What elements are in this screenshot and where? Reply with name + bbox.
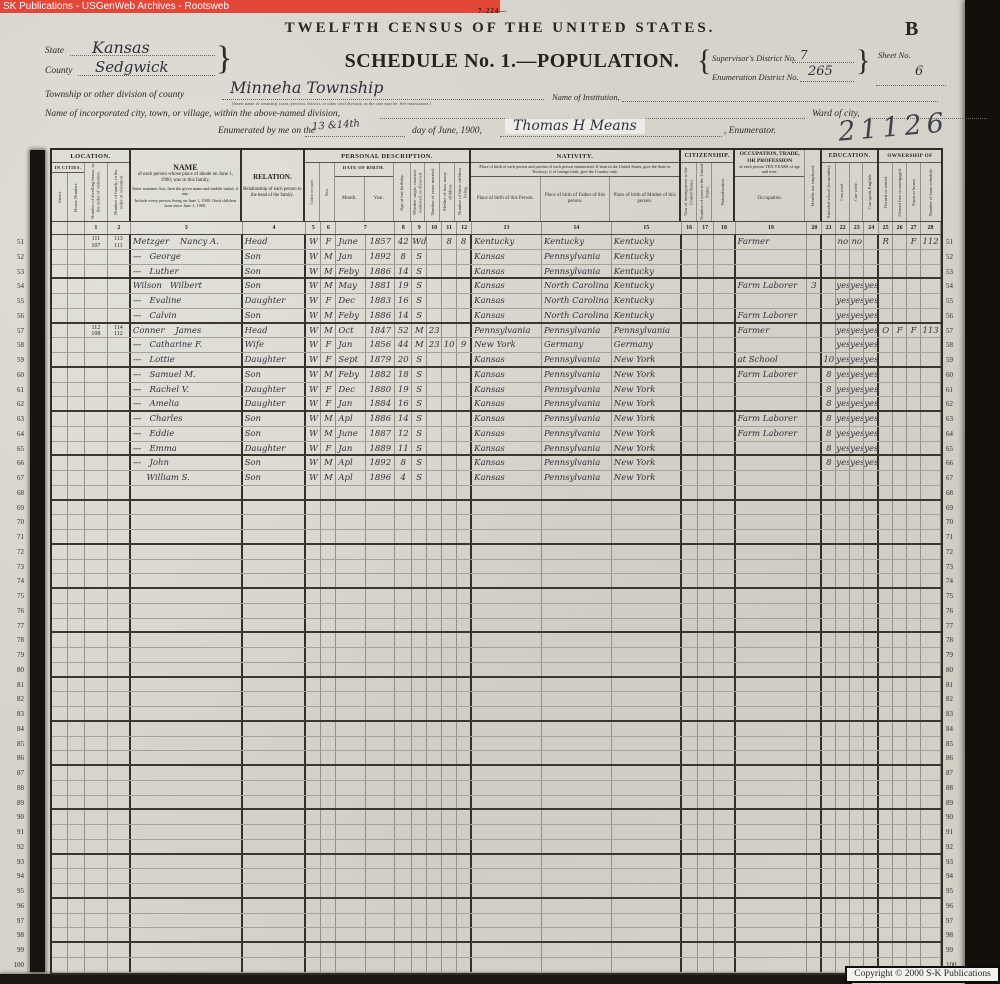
city-label: Name of incorporated city, town, or vill… <box>45 109 340 119</box>
children-living-col-label: Number of these children living. <box>457 164 468 220</box>
cell-yr <box>366 958 395 972</box>
cell-mar <box>412 501 427 515</box>
cell-yr <box>366 869 395 883</box>
cell-lv <box>457 353 472 366</box>
cell-pm <box>612 692 682 706</box>
state-county-brace: } <box>216 40 232 78</box>
cell-nat <box>714 279 736 293</box>
cell-fs <box>921 574 941 587</box>
cell-lv <box>457 899 472 913</box>
cell-yr <box>366 678 395 692</box>
cell-wr <box>850 722 864 736</box>
cell-ym <box>427 692 442 706</box>
row-number-81: 81 <box>4 678 24 693</box>
cell-occ <box>736 855 808 869</box>
cell-fs <box>921 707 941 720</box>
cell-rel <box>243 869 307 883</box>
cell-pf <box>542 604 612 618</box>
cell-wr <box>850 737 864 751</box>
cell-yr: 1879 <box>366 353 395 366</box>
cell-sex: M <box>321 471 336 485</box>
cell-pb <box>472 884 542 897</box>
cell-house <box>68 515 85 529</box>
cell-street <box>52 353 68 366</box>
census-row-100 <box>52 958 941 973</box>
cell-fh <box>907 486 921 499</box>
cell-name <box>131 810 243 824</box>
cell-nat <box>714 383 736 397</box>
cell-nat <box>714 678 736 692</box>
cell-house <box>68 545 85 559</box>
cell-fs <box>921 545 941 559</box>
cell-dw <box>85 560 108 574</box>
cell-age: 11 <box>395 442 412 455</box>
census-row-79 <box>52 648 941 663</box>
cell-ym <box>427 471 442 485</box>
cell-pm <box>612 619 682 632</box>
cell-en <box>864 471 879 485</box>
cell-mar: S <box>412 294 427 308</box>
cell-fh <box>907 855 921 869</box>
cell-fm <box>893 309 907 322</box>
cell-rd <box>836 781 850 795</box>
cell-ym <box>427 678 442 692</box>
cell-dw <box>85 353 108 366</box>
cell-sch: 8 <box>822 442 836 455</box>
cell-mb <box>442 678 457 692</box>
family-col-label: Number of family, in the order of visita… <box>113 164 124 220</box>
cell-yus <box>698 855 714 869</box>
cell-rd <box>836 899 850 913</box>
row-number-73: 73 <box>4 560 24 575</box>
cell-yus <box>698 737 714 751</box>
occupation-col-label: Occupation. <box>757 195 783 203</box>
cell-lv <box>457 412 472 426</box>
cell-sch <box>822 515 836 529</box>
cell-en: yes <box>864 353 879 366</box>
cell-pm: New York <box>612 412 682 426</box>
cell-wr <box>850 515 864 529</box>
cell-yus <box>698 914 714 928</box>
cell-street <box>52 604 68 618</box>
cell-street <box>52 751 68 764</box>
cell-fam <box>108 338 131 352</box>
cell-une <box>807 825 822 839</box>
cell-race: W <box>306 250 321 264</box>
cell-rd <box>836 604 850 618</box>
cell-race <box>306 869 321 883</box>
cell-age: 8 <box>395 456 412 470</box>
cell-imm <box>682 442 698 455</box>
month-col-label: Month. <box>341 195 358 203</box>
cell-own <box>879 250 893 264</box>
cell-dw <box>85 456 108 470</box>
cell-fh <box>907 589 921 603</box>
cell-fs <box>921 825 941 839</box>
cell-fs <box>921 796 941 809</box>
cell-ym <box>427 574 442 587</box>
cell-lv <box>457 250 472 264</box>
cell-lv <box>457 707 472 720</box>
cell-occ <box>736 840 808 853</box>
cell-mon <box>336 958 366 972</box>
occupation-sub: of each person TEN YEARS of age and over… <box>736 164 803 174</box>
cell-age <box>395 574 412 587</box>
state-line <box>70 46 215 56</box>
cell-une <box>807 235 822 249</box>
cell-yus <box>698 840 714 853</box>
cell-rd <box>836 737 850 751</box>
cell-own <box>879 855 893 869</box>
township-note: [Insert name of township, town, precinct… <box>232 101 542 106</box>
cell-street <box>52 692 68 706</box>
cell-sch <box>822 766 836 780</box>
cell-house <box>68 825 85 839</box>
state-label: State <box>45 46 64 56</box>
color-col-label: Color or race. <box>309 179 314 204</box>
cell-age <box>395 766 412 780</box>
cell-fh <box>907 781 921 795</box>
cell-sex <box>321 914 336 928</box>
cell-own <box>879 840 893 853</box>
cell-pb <box>472 943 542 957</box>
cell-mb <box>442 279 457 293</box>
cell-age: 19 <box>395 383 412 397</box>
cell-occ <box>736 663 808 676</box>
cell-own <box>879 737 893 751</box>
cell-dw <box>85 589 108 603</box>
column-number-25: 25 <box>879 222 893 234</box>
mother-of-col-label: Mother of how many children. <box>442 164 453 220</box>
cell-age <box>395 663 412 676</box>
cell-pb <box>472 737 542 751</box>
row-number-98: 98 <box>4 928 24 943</box>
cell-une <box>807 781 822 795</box>
cell-mar: Wd <box>412 235 427 249</box>
cell-rd <box>836 471 850 485</box>
cell-une <box>807 722 822 736</box>
cell-age: 12 <box>395 427 412 441</box>
cell-street <box>52 825 68 839</box>
cell-street <box>52 648 68 662</box>
cell-nat <box>714 574 736 587</box>
cell-wr <box>850 574 864 587</box>
cell-pb <box>472 663 542 676</box>
cell-sex <box>321 589 336 603</box>
cell-fm <box>893 840 907 853</box>
cell-own <box>879 412 893 426</box>
cell-own <box>879 560 893 574</box>
cell-rd <box>836 545 850 559</box>
cell-race <box>306 899 321 913</box>
cell-fh <box>907 338 921 352</box>
cell-en <box>864 619 879 632</box>
cell-pf <box>542 958 612 972</box>
cell-yr: 1886 <box>366 412 395 426</box>
cell-imm <box>682 353 698 366</box>
cell-name <box>131 707 243 720</box>
cell-house <box>68 899 85 913</box>
cell-imm <box>682 840 698 853</box>
cell-fm <box>893 353 907 366</box>
cell-rd <box>836 678 850 692</box>
cell-pf <box>542 545 612 559</box>
relation-sub: Relationship of each person to the head … <box>243 187 302 199</box>
row-number-81: 81 <box>946 678 966 693</box>
cell-mar: S <box>412 383 427 397</box>
cell-sch <box>822 235 836 249</box>
cell-lv <box>457 855 472 869</box>
cell-occ <box>736 958 808 972</box>
township-label: Township or other division of county <box>45 90 184 100</box>
census-row-69 <box>52 501 941 516</box>
cell-yr: 1889 <box>366 442 395 455</box>
cell-fam <box>108 692 131 706</box>
cell-yr <box>366 589 395 603</box>
cell-sch <box>822 663 836 676</box>
column-number-18: 18 <box>714 222 736 234</box>
cell-mb <box>442 560 457 574</box>
cell-mar <box>412 648 427 662</box>
cell-en <box>864 840 879 853</box>
cell-occ <box>736 604 808 618</box>
row-number-69: 69 <box>4 501 24 516</box>
cell-yr <box>366 781 395 795</box>
cell-nat <box>714 869 736 883</box>
cell-occ: Farmer <box>736 324 808 338</box>
cell-ym <box>427 427 442 441</box>
cell-wr <box>850 943 864 957</box>
cell-lv <box>457 265 472 278</box>
census-row-52: — GeorgeSonWMJan18928SKansasPennsylvania… <box>52 250 941 265</box>
cell-yr <box>366 604 395 618</box>
cell-nat <box>714 545 736 559</box>
cell-fh <box>907 471 921 485</box>
cell-rel <box>243 501 307 515</box>
cell-own <box>879 338 893 352</box>
cell-mb <box>442 353 457 366</box>
cell-yus <box>698 324 714 338</box>
cell-fs <box>921 633 941 647</box>
cell-sch <box>822 560 836 574</box>
cell-ym <box>427 722 442 736</box>
cell-rel: Son <box>243 279 307 293</box>
row-number-80: 80 <box>4 663 24 678</box>
cell-mon <box>336 515 366 529</box>
cell-yus <box>698 722 714 736</box>
cell-mar <box>412 692 427 706</box>
cell-une <box>807 884 822 897</box>
group-citizenship: CITIZENSHIP. Year of immigration to the … <box>681 150 735 221</box>
cell-house <box>68 810 85 824</box>
cell-fm <box>893 338 907 352</box>
cell-mar <box>412 574 427 587</box>
cell-nat <box>714 427 736 441</box>
cell-street <box>52 486 68 499</box>
cell-yr <box>366 515 395 529</box>
cell-race <box>306 958 321 972</box>
cell-yr <box>366 722 395 736</box>
row-number-72: 72 <box>946 545 966 560</box>
cell-yus <box>698 663 714 676</box>
cell-wr <box>850 250 864 264</box>
cell-pm <box>612 914 682 928</box>
cell-en <box>864 781 879 795</box>
cell-yr <box>366 574 395 587</box>
cell-wr <box>850 663 864 676</box>
cell-yr: 1847 <box>366 324 395 338</box>
cell-fm <box>893 899 907 913</box>
cell-ym: 23 <box>427 338 442 352</box>
cell-name <box>131 574 243 587</box>
cell-name <box>131 884 243 897</box>
cell-fh <box>907 560 921 574</box>
cell-wr <box>850 678 864 692</box>
relation-title: RELATION. <box>243 173 302 181</box>
cell-occ <box>736 869 808 883</box>
cell-house <box>68 324 85 338</box>
cell-imm <box>682 663 698 676</box>
cell-fh <box>907 530 921 543</box>
cell-mar: S <box>412 250 427 264</box>
cell-sex: M <box>321 427 336 441</box>
cell-mb: 8 <box>442 235 457 249</box>
cell-pm: New York <box>612 427 682 441</box>
census-row-91 <box>52 825 941 840</box>
cell-race: W <box>306 235 321 249</box>
cell-nat <box>714 235 736 249</box>
cell-house <box>68 840 85 853</box>
cell-pb <box>472 781 542 795</box>
cell-sex <box>321 825 336 839</box>
cell-ym <box>427 781 442 795</box>
cell-mb <box>442 604 457 618</box>
cell-nat <box>714 766 736 780</box>
cell-sch <box>822 869 836 883</box>
row-number-76: 76 <box>946 604 966 619</box>
cell-fs <box>921 560 941 574</box>
cell-une <box>807 928 822 941</box>
cell-occ <box>736 515 808 529</box>
cell-pb <box>472 928 542 941</box>
cell-fs <box>921 810 941 824</box>
cell-dw <box>85 825 108 839</box>
cell-house <box>68 648 85 662</box>
row-number-97: 97 <box>4 914 24 929</box>
cell-pb <box>472 486 542 499</box>
cell-yr: 1883 <box>366 294 395 308</box>
cell-nat <box>714 855 736 869</box>
cell-age <box>395 678 412 692</box>
cell-lv <box>457 766 472 780</box>
cell-fam <box>108 397 131 410</box>
cell-fs <box>921 486 941 499</box>
cell-pm: New York <box>612 353 682 366</box>
cell-house <box>68 737 85 751</box>
cell-name: William S. <box>131 471 243 485</box>
cell-une <box>807 678 822 692</box>
cell-street <box>52 397 68 410</box>
cell-fh <box>907 633 921 647</box>
cell-sex <box>321 810 336 824</box>
census-row-58: — Catharine F.WifeWFJan185644M23109New Y… <box>52 338 941 353</box>
cell-fam <box>108 707 131 720</box>
cell-name <box>131 604 243 618</box>
row-number-58: 58 <box>4 338 24 353</box>
cell-une <box>807 619 822 632</box>
cell-name: — Charles <box>131 412 243 426</box>
cell-own <box>879 486 893 499</box>
cell-nat <box>714 515 736 529</box>
cell-street <box>52 368 68 382</box>
cell-mb <box>442 397 457 410</box>
cell-sch <box>822 338 836 352</box>
cell-ym <box>427 869 442 883</box>
months-not-employed-col-label: Months not employed. <box>810 165 815 206</box>
sheet-line <box>876 76 946 86</box>
cell-pb: Kansas <box>472 383 542 397</box>
cell-sch <box>822 737 836 751</box>
cell-pf: Pennsylvania <box>542 324 612 338</box>
census-row-66: — JohnSonWMApl18928SKansasPennsylvaniaNe… <box>52 456 941 471</box>
cell-wr: yes <box>850 383 864 397</box>
cell-pb: Kansas <box>472 279 542 293</box>
cell-imm <box>682 383 698 397</box>
cell-en <box>864 737 879 751</box>
cell-yus <box>698 397 714 410</box>
cell-age <box>395 515 412 529</box>
cell-race <box>306 928 321 941</box>
cell-name <box>131 530 243 543</box>
cell-house <box>68 442 85 455</box>
cell-pf <box>542 840 612 853</box>
cell-nat <box>714 781 736 795</box>
cell-pf <box>542 943 612 957</box>
cell-pb <box>472 574 542 587</box>
cell-fam <box>108 648 131 662</box>
cell-yus <box>698 633 714 647</box>
cell-fs <box>921 353 941 366</box>
form-number: 7-224— <box>478 7 507 15</box>
can-read-col-label: Can read. <box>839 183 844 201</box>
cell-occ <box>736 294 808 308</box>
cell-fm <box>893 825 907 839</box>
cell-fm <box>893 574 907 587</box>
cell-ym <box>427 501 442 515</box>
cell-rel: Son <box>243 265 307 278</box>
cell-sch <box>822 633 836 647</box>
cell-wr: yes <box>850 427 864 441</box>
cell-mb <box>442 633 457 647</box>
row-number-96: 96 <box>946 899 966 914</box>
cell-rd <box>836 869 850 883</box>
cell-yr <box>366 737 395 751</box>
cell-house <box>68 781 85 795</box>
cell-sch <box>822 545 836 559</box>
cell-pb: Kansas <box>472 471 542 485</box>
cell-sex: M <box>321 279 336 293</box>
cell-une <box>807 766 822 780</box>
cell-fam <box>108 486 131 499</box>
cell-mon <box>336 928 366 941</box>
cell-pf <box>542 560 612 574</box>
cell-race: W <box>306 383 321 397</box>
column-number-1: 1 <box>85 222 108 234</box>
cell-mar <box>412 899 427 913</box>
cell-nat <box>714 309 736 322</box>
cell-en <box>864 855 879 869</box>
cell-nat <box>714 958 736 972</box>
